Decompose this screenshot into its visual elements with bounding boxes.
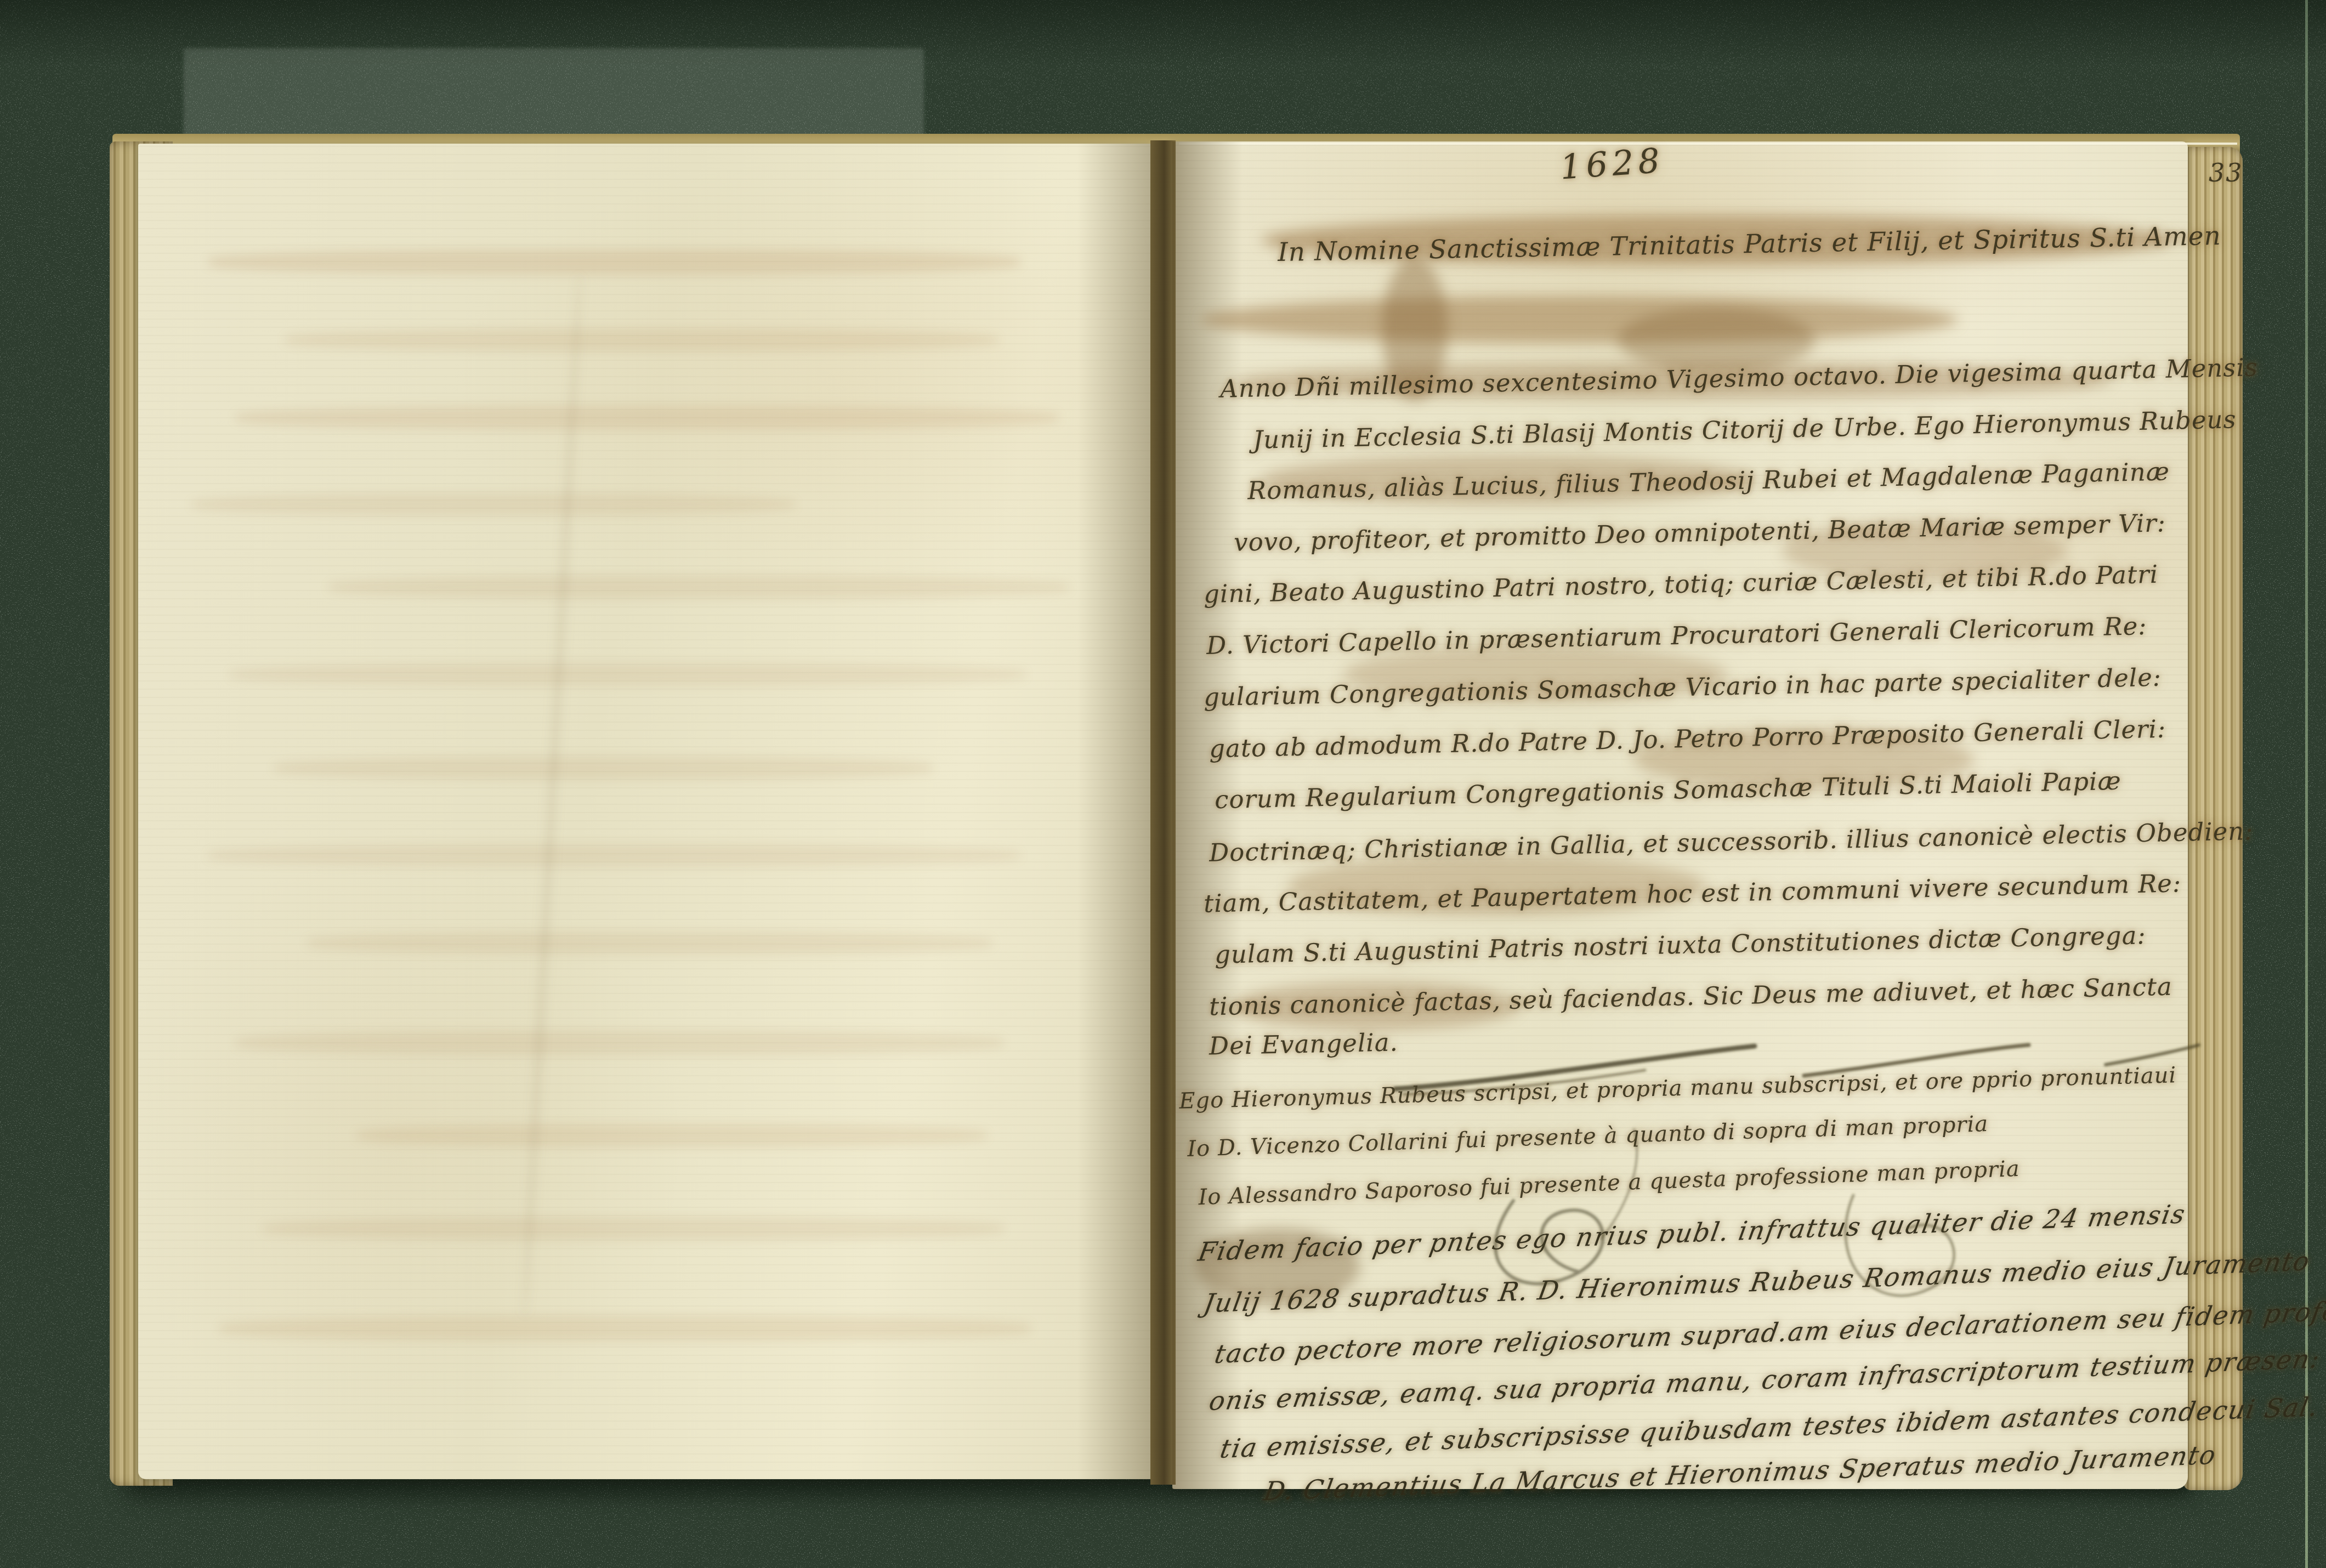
showthrough-smudge (263, 1217, 1003, 1240)
showthrough-smudge (236, 406, 1058, 430)
showthrough-smudge (208, 844, 1020, 866)
showthrough-smudge (192, 493, 795, 515)
manuscript-photo: { "document": { "year_heading": "1628", … (0, 0, 2326, 1568)
ink-bleed-band (1201, 296, 1958, 343)
showthrough-smudge (219, 1316, 1031, 1341)
showthrough-smudge (274, 757, 932, 780)
gutter-shadow-left (1077, 144, 1154, 1479)
showthrough-smudge (208, 249, 1020, 275)
page-top-highlight (1179, 143, 2237, 145)
showthrough-smudge (356, 1124, 987, 1147)
page-number: 33 (2209, 158, 2243, 188)
scan-bed-edge-line (2305, 0, 2308, 1568)
showthrough-smudge (307, 932, 992, 954)
body-line: Dei Evangelia. (1209, 1027, 1398, 1060)
showthrough-smudge (329, 576, 1069, 599)
year-heading: 1628 (1559, 140, 1665, 187)
showthrough-smudge (230, 663, 1025, 685)
showthrough-smudge (285, 329, 998, 351)
glass-reflection-strip (184, 48, 924, 137)
showthrough-smudge (236, 1031, 1003, 1055)
